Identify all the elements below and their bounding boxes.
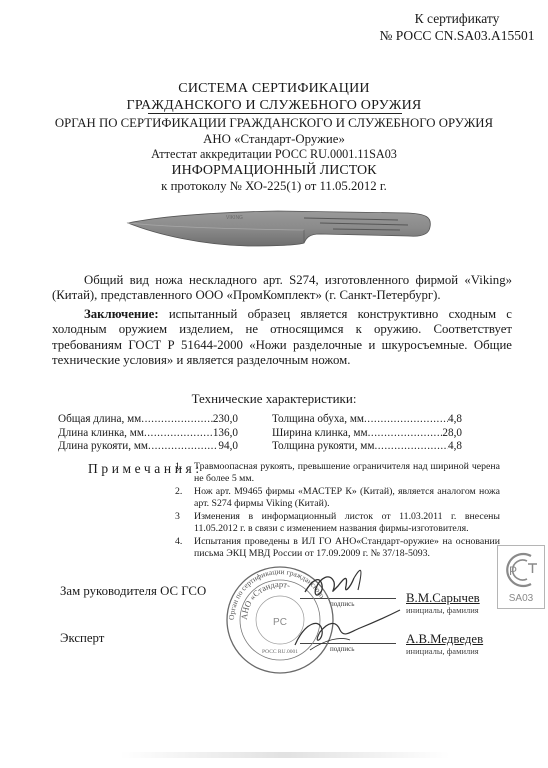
spec-label: Ширина клинка, мм	[272, 427, 368, 441]
svg-text:SA03: SA03	[509, 593, 534, 604]
specs-title: Технические характеристики:	[0, 391, 548, 407]
note-number: 3	[175, 511, 194, 534]
spec-row: Толщина обуха, мм ......................…	[272, 413, 462, 427]
signatory-name-expert: А.В.Медведев	[406, 632, 483, 647]
spec-row: Общая длина, мм ........................…	[58, 413, 238, 427]
spec-dots: ........................................…	[144, 427, 213, 441]
header-divider	[148, 113, 402, 114]
pct-mark-icon: P SA03	[498, 546, 544, 608]
specs-left-column: Общая длина, мм ........................…	[58, 413, 238, 454]
spec-row: Ширина клинка, мм ......................…	[272, 427, 462, 441]
specs-right-column: Толщина обуха, мм ......................…	[272, 413, 462, 454]
spec-label: Толщина обуха, мм	[272, 413, 364, 427]
certificate-ref-line1: К сертификату	[372, 10, 542, 27]
spec-value: 28,0	[442, 427, 462, 441]
ano-name: АНО «Стандарт-Оружие»	[0, 131, 548, 147]
protocol-reference: к протоколу № ХО-225(1) от 11.05.2012 г.	[0, 178, 548, 194]
name-caption: инициалы, фамилия	[406, 646, 479, 656]
note-number: 2.	[175, 486, 194, 509]
spec-label: Толщина рукояти, мм	[272, 440, 374, 454]
spec-label: Длина рукояти, мм	[58, 440, 148, 454]
spec-value: 4,8	[448, 440, 462, 454]
note-item: 2. Нож арт. M9465 фирмы «МАСТЕР К» (Кита…	[175, 486, 500, 509]
note-text: Испытания проведены в ИЛ ГО АНО«Стандарт…	[194, 536, 500, 559]
knife-image: VIKING	[108, 205, 438, 265]
signatory-role-expert: Эксперт	[60, 630, 104, 646]
handwritten-signatures	[250, 560, 410, 670]
svg-text:VIKING: VIKING	[226, 215, 243, 221]
conclusion-label: Заключение:	[84, 307, 159, 321]
system-title-line1: СИСТЕМА СЕРТИФИКАЦИИ	[0, 80, 548, 97]
accreditation: Аттестат аккредитации РОСС RU.0001.11SA0…	[0, 147, 548, 162]
spec-value: 230,0	[213, 413, 238, 427]
system-title: СИСТЕМА СЕРТИФИКАЦИИ ГРАЖДАНСКОГО И СЛУЖ…	[0, 80, 548, 114]
note-number: 4.	[175, 536, 194, 559]
spec-row: Толщина рукояти, мм ....................…	[272, 440, 462, 454]
spec-dots: ........................................…	[364, 413, 448, 427]
system-title-line2: ГРАЖДАНСКОГО И СЛУЖЕБНОГО ОРУЖИЯ	[0, 97, 548, 114]
note-text: Травмоопасная рукоять, превышение ограни…	[194, 461, 500, 484]
notes-list: 1. Травмоопасная рукоять, превышение огр…	[175, 461, 500, 561]
document-title: ИНФОРМАЦИОННЫЙ ЛИСТОК	[0, 162, 548, 179]
certificate-ref-number: № РОСС CN.SA03.A15501	[372, 27, 542, 44]
note-number: 1.	[175, 461, 194, 484]
note-text: Изменения в информационный листок от 11.…	[194, 511, 500, 534]
note-item: 1. Травмоопасная рукоять, превышение огр…	[175, 461, 500, 484]
spec-row: Длина рукояти, мм ......................…	[58, 440, 238, 454]
spec-dots: ........................................…	[368, 427, 443, 441]
scan-artifact	[120, 752, 450, 758]
certificate-reference: К сертификату № РОСС CN.SA03.A15501	[372, 10, 542, 44]
conclusion-paragraph: Заключение: испытанный образец является …	[52, 307, 512, 369]
spec-value: 4,8	[448, 413, 462, 427]
signatory-name-deputy: В.М.Сарычев	[406, 591, 480, 606]
spec-row: Длина клинка, мм .......................…	[58, 427, 238, 441]
note-item: 3 Изменения в информационный листок от 1…	[175, 511, 500, 534]
signatory-role-deputy: Зам руководителя ОС ГСО	[60, 583, 206, 599]
description-paragraph: Общий вид ножа нескладного арт. S274, из…	[52, 273, 512, 304]
organ-name: ОРГАН ПО СЕРТИФИКАЦИИ ГРАЖДАНСКОГО И СЛУ…	[0, 115, 548, 131]
spec-value: 94,0	[218, 440, 238, 454]
spec-label: Длина клинка, мм	[58, 427, 144, 441]
gost-conformity-mark: P SA03	[497, 545, 545, 609]
note-text: Нож арт. M9465 фирмы «МАСТЕР К» (Китай),…	[194, 486, 500, 509]
spec-label: Общая длина, мм	[58, 413, 141, 427]
name-caption: инициалы, фамилия	[406, 605, 479, 615]
spec-dots: ........................................…	[141, 413, 213, 427]
spec-dots: ........................................…	[148, 440, 218, 454]
spec-dots: ........................................…	[374, 440, 448, 454]
note-item: 4. Испытания проведены в ИЛ ГО АНО«Станд…	[175, 536, 500, 559]
spec-value: 136,0	[213, 427, 238, 441]
svg-text:P: P	[509, 564, 517, 578]
